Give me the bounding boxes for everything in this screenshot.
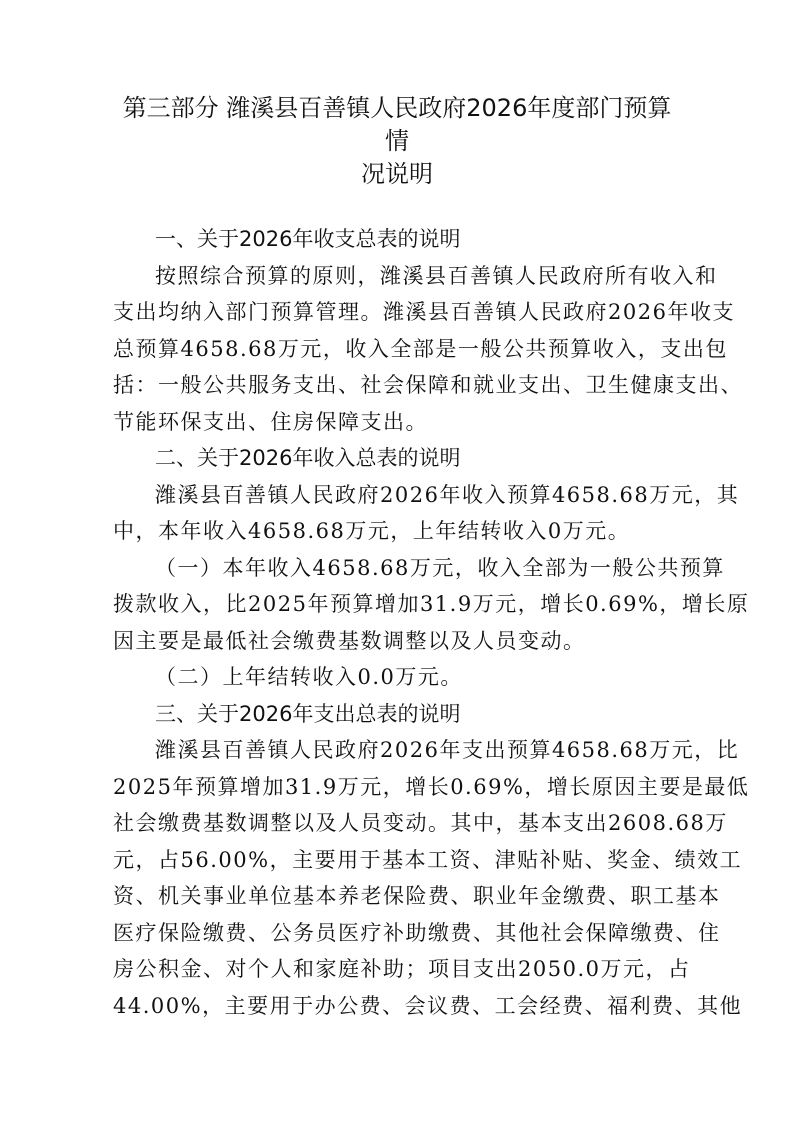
section-income-expenditure-summary: 一、关于2026年收支总表的说明 按照综合预算的原则，潍溪县百善镇人民政府所有收…	[113, 221, 681, 440]
text-line: 医疗保险缴费、公务员医疗补助缴费、其他社会保障缴费、住	[113, 915, 681, 952]
page-title: 第三部分 潍溪县百善镇人民政府2026年度部门预算情 况说明	[113, 92, 681, 191]
section-expenditure-summary: 三、关于2026年支出总表的说明 潍溪县百善镇人民政府2026年支出预算4658…	[113, 696, 681, 1025]
paragraph-carryover-income: （二）上年结转收入0.0万元。	[113, 659, 681, 696]
text-line: 潍溪县百善镇人民政府2026年支出预算4658.68万元，比	[113, 732, 681, 769]
text-line: 支出均纳入部门预算管理。潍溪县百善镇人民政府2026年收支	[113, 294, 681, 331]
text-line: 潍溪县百善镇人民政府2026年收入预算4658.68万元，其	[113, 477, 681, 514]
section-heading: 三、关于2026年支出总表的说明	[113, 696, 681, 733]
title-line-2: 况说明	[113, 158, 681, 191]
text-line: 节能环保支出、住房保障支出。	[113, 404, 681, 441]
text-line: 中，本年收入4658.68万元，上年结转收入0万元。	[113, 513, 681, 550]
text-line: 2025年预算增加31.9万元，增长0.69%，增长原因主要是最低	[113, 769, 681, 806]
document-page: 第三部分 潍溪县百善镇人民政府2026年度部门预算情 况说明 一、关于2026年…	[113, 92, 681, 1024]
section-heading: 二、关于2026年收入总表的说明	[113, 440, 681, 477]
text-line: （一）本年收入4658.68万元，收入全部为一般公共预算	[113, 550, 681, 587]
title-line-1: 第三部分 潍溪县百善镇人民政府2026年度部门预算情	[113, 92, 681, 158]
text-line: 房公积金、对个人和家庭补助；项目支出2050.0万元，占	[113, 951, 681, 988]
text-line: 资、机关事业单位基本养老保险费、职业年金缴费、职工基本	[113, 878, 681, 915]
paragraph: 按照综合预算的原则，潍溪县百善镇人民政府所有收入和 支出均纳入部门预算管理。潍溪…	[113, 258, 681, 441]
text-line: 总预算4658.68万元，收入全部是一般公共预算收入，支出包	[113, 331, 681, 368]
text-line: 按照综合预算的原则，潍溪县百善镇人民政府所有收入和	[113, 258, 681, 295]
text-line: 拨款收入，比2025年预算增加31.9万元，增长0.69%，增长原	[113, 586, 681, 623]
paragraph-current-year-income: （一）本年收入4658.68万元，收入全部为一般公共预算 拨款收入，比2025年…	[113, 550, 681, 660]
text-line: （二）上年结转收入0.0万元。	[113, 659, 681, 696]
text-line: 社会缴费基数调整以及人员变动。其中，基本支出2608.68万	[113, 805, 681, 842]
text-line: 44.00%，主要用于办公费、会议费、工会经费、福利费、其他	[113, 988, 681, 1025]
text-line: 括：一般公共服务支出、社会保障和就业支出、卫生健康支出、	[113, 367, 681, 404]
paragraph: 潍溪县百善镇人民政府2026年收入预算4658.68万元，其 中，本年收入465…	[113, 477, 681, 550]
text-line: 因主要是最低社会缴费基数调整以及人员变动。	[113, 623, 681, 660]
section-income-summary: 二、关于2026年收入总表的说明 潍溪县百善镇人民政府2026年收入预算4658…	[113, 440, 681, 696]
section-heading: 一、关于2026年收支总表的说明	[113, 221, 681, 258]
text-line: 元，占56.00%，主要用于基本工资、津贴补贴、奖金、绩效工	[113, 842, 681, 879]
paragraph: 潍溪县百善镇人民政府2026年支出预算4658.68万元，比 2025年预算增加…	[113, 732, 681, 1024]
